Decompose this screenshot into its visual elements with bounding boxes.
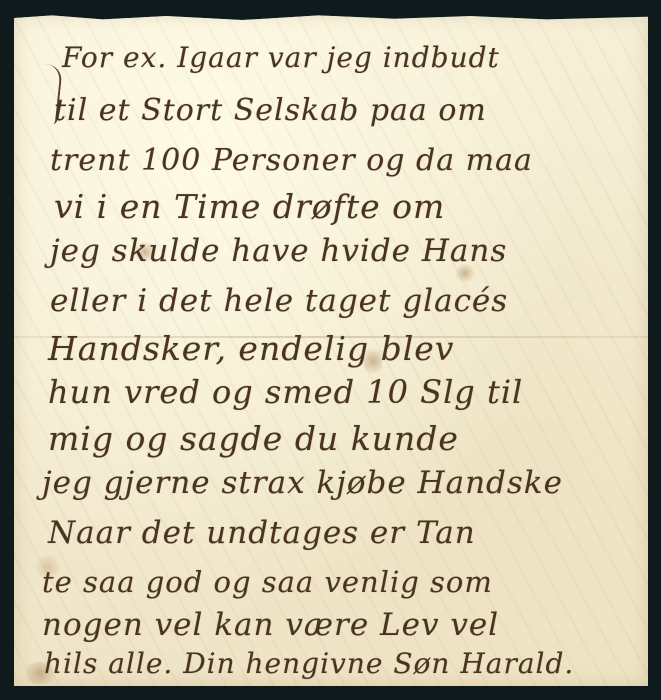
letter-line-8: hun vred og smed 10 Slg til	[48, 376, 523, 408]
letter-line-11: Naar det undtages er Tan	[48, 518, 476, 549]
letter-line-6: eller i det hele taget glacés	[50, 286, 508, 317]
scan-frame: For ex. Igaar var jeg indbudt til et Sto…	[0, 0, 661, 700]
letter-line-2: til et Stort Selskab paa om	[54, 96, 487, 126]
letter-line-5: jeg skulde have hvide Hans	[50, 236, 507, 267]
letter-line-13: nogen vel kan være Lev vel	[42, 610, 499, 641]
letter-line-7: Handsker, endelig blev	[48, 332, 454, 365]
letter-line-9: mig og sagde du kunde	[48, 422, 459, 455]
letter-line-12: te saa god og saa venlig som	[42, 568, 493, 597]
letter-line-10: jeg gjerne strax kjøbe Handske	[42, 468, 563, 499]
letter-line-1: For ex. Igaar var jeg indbudt	[62, 44, 500, 72]
letter-line-14-signature: hils alle. Din hengivne Søn Harald.	[44, 650, 574, 678]
letter-line-3: trent 100 Personer og da maa	[50, 146, 533, 176]
letter-paper: For ex. Igaar var jeg indbudt til et Sto…	[14, 14, 648, 686]
letter-line-4: vi i en Time drøfte om	[54, 190, 445, 223]
